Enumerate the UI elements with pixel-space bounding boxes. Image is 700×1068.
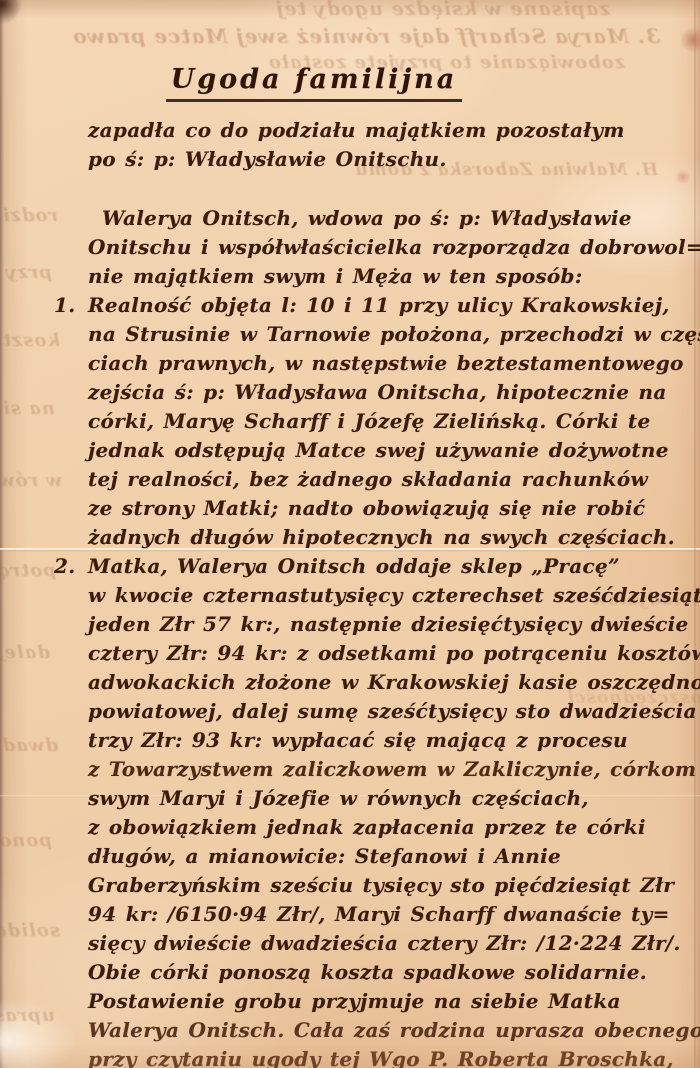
bleedthrough-text: przy czytaniu	[0, 262, 52, 283]
list-item-number: 2.	[54, 552, 75, 581]
handwritten-line-text: Realność objęta l: 10 i 11 przy ulicy Kr…	[88, 293, 670, 317]
handwritten-line: ciach prawnych, w następstwie beztestame…	[88, 349, 688, 378]
handwritten-line-text: Matka, Walerya Onitsch oddaje sklep „Pra…	[88, 554, 620, 578]
handwritten-line: Postawienie grobu przyjmuje na siebie Ma…	[88, 987, 688, 1016]
bleedthrough-text: uprasza obecnego	[0, 1005, 55, 1026]
handwritten-line: Walerya Onitsch. Cała zaś rodzina uprasz…	[88, 1016, 688, 1045]
document-body: zapadła co do podziału majątkiem pozosta…	[88, 116, 688, 1068]
bleedthrough-text: dwadzieścia cztery	[0, 735, 58, 756]
handwritten-line: na Strusinie w Tarnowie położona, przech…	[88, 320, 688, 349]
document-title: Ugoda familijna	[166, 64, 462, 102]
page-edge-shadow	[694, 0, 696, 1068]
handwritten-line: córki, Maryę Scharff i Józefę Zielińską.…	[88, 407, 688, 436]
handwritten-line: zapadła co do podziału majątkiem pozosta…	[88, 116, 688, 145]
list-item-number: 1.	[54, 291, 75, 320]
handwritten-line: z obowiązkiem jednak zapłacenia przez te…	[88, 813, 688, 842]
handwritten-line: 1.Realność objęta l: 10 i 11 przy ulicy …	[88, 291, 688, 320]
bleedthrough-text: zapisane w księdze ugody tej	[276, 0, 611, 20]
bleedthrough-text: na siebie Matka	[0, 398, 55, 419]
handwritten-line: długów, a mianowicie: Stefanowi i Annie	[88, 842, 688, 871]
bleedthrough-text: 3. Marya Scharff daje również swej Matce…	[72, 24, 660, 48]
bleedthrough-text: rodzina uprasza	[0, 205, 58, 226]
bleedthrough-text: w równych częściach	[0, 470, 62, 491]
handwritten-line: 94 kr: /6150·94 Złr/, Maryi Scharff dwan…	[88, 900, 688, 929]
handwritten-line: 2.Matka, Walerya Onitsch oddaje sklep „P…	[88, 552, 688, 581]
bleedthrough-text: ponoszą koszta	[0, 830, 52, 851]
handwritten-line: jeden Złr 57 kr:, następnie dziesięćtysi…	[88, 610, 688, 639]
handwritten-line: powiatowej, dalej sumę sześćtysięcy sto …	[88, 697, 688, 726]
scanned-document-page: zapisane w księdze ugody tej 3. Marya Sc…	[0, 0, 700, 1068]
handwritten-line: jednak odstępują Matce swej używanie doż…	[88, 436, 688, 465]
handwritten-line: Walerya Onitsch, wdowa po ś: p: Władysła…	[88, 204, 688, 233]
handwritten-line: z Towarzystwem zaliczkowem w Zakliczynie…	[88, 755, 688, 784]
bleedthrough-text: potrąceniu kosztów	[0, 560, 56, 581]
handwritten-line: trzy Złr: 93 kr: wypłacać się mającą z p…	[88, 726, 688, 755]
handwritten-line: sięcy dwieście dwadzieścia cztery Złr: /…	[88, 929, 688, 958]
handwritten-line: Onitschu i współwłaścicielka rozporządza…	[88, 233, 688, 262]
handwritten-line: cztery Złr: 94 kr: z odsetkami po potrąc…	[88, 639, 688, 668]
handwritten-line: przy czytaniu ugody tej Wgo P. Roberta B…	[88, 1045, 688, 1068]
handwritten-line: Graberzyńskim sześciu tysięcy sto pięćdz…	[88, 871, 688, 900]
bleedthrough-text: koszta spadkowe	[0, 330, 60, 351]
handwritten-line: w kwocie czternastutysięcy czterechset s…	[88, 581, 688, 610]
handwritten-line: tej realności, bez żadnego składania rac…	[88, 465, 688, 494]
handwritten-line: po ś: p: Władysławie Onitschu.	[88, 145, 688, 174]
handwritten-line: żadnych długów hipotecznych na swych czę…	[88, 523, 688, 552]
bleedthrough-text: dalej sumę sześć	[0, 642, 50, 663]
handwritten-line: Obie córki ponoszą koszta spadkowe solid…	[88, 958, 688, 987]
handwritten-line: nie majątkiem swym i Męża w ten sposób:	[88, 262, 688, 291]
bleedthrough-text: solidarnie matka	[0, 920, 60, 941]
handwritten-line: ze strony Matki; nadto obowiązują się ni…	[88, 494, 688, 523]
handwritten-line: zejścia ś: p: Władysława Onitscha, hipot…	[88, 378, 688, 407]
handwritten-line: swym Maryi i Józefie w równych częściach…	[88, 784, 688, 813]
handwritten-line: adwokackich złożone w Krakowskiej kasie …	[88, 668, 688, 697]
